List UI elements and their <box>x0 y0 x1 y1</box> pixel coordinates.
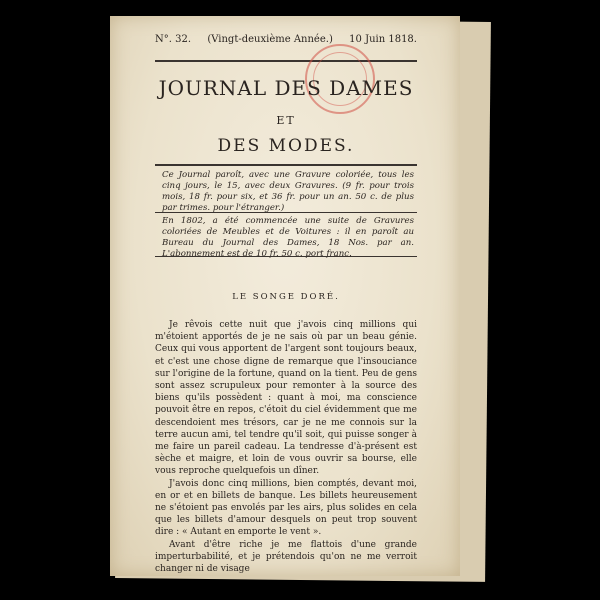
subscription-notice: Ce Journal paroît, avec une Gravure colo… <box>162 170 414 214</box>
engravings-notice: En 1802, a été commencée une suite de Gr… <box>162 216 414 260</box>
year-label: (Vingt-deuxième Année.) <box>207 34 333 45</box>
article-paragraph: Avant d'être riche je me flattois d'une … <box>155 539 417 576</box>
issue-number: N°. 32. <box>155 34 191 45</box>
journal-title-conjunction: ET <box>155 114 417 127</box>
journal-subtitle: DES MODES. <box>155 136 417 156</box>
notice-bottom-rule <box>155 256 417 257</box>
article-paragraph: J'avois donc cinq millions, bien comptés… <box>155 478 417 539</box>
article-title: LE SONGE DORÉ. <box>155 292 417 302</box>
journal-title: JOURNAL DES DAMES <box>155 76 417 100</box>
journal-page: N°. 32. (Vingt-deuxième Année.) 10 Juin … <box>110 16 460 576</box>
masthead-rule <box>155 60 417 62</box>
notice-divider <box>155 212 417 213</box>
masthead: N°. 32. (Vingt-deuxième Année.) 10 Juin … <box>155 34 417 45</box>
article-body: Je rêvois cette nuit que j'avois cinq mi… <box>155 319 417 575</box>
issue-date: 10 Juin 1818. <box>349 34 417 45</box>
title-rule <box>155 164 417 166</box>
article-paragraph: Je rêvois cette nuit que j'avois cinq mi… <box>155 319 417 478</box>
